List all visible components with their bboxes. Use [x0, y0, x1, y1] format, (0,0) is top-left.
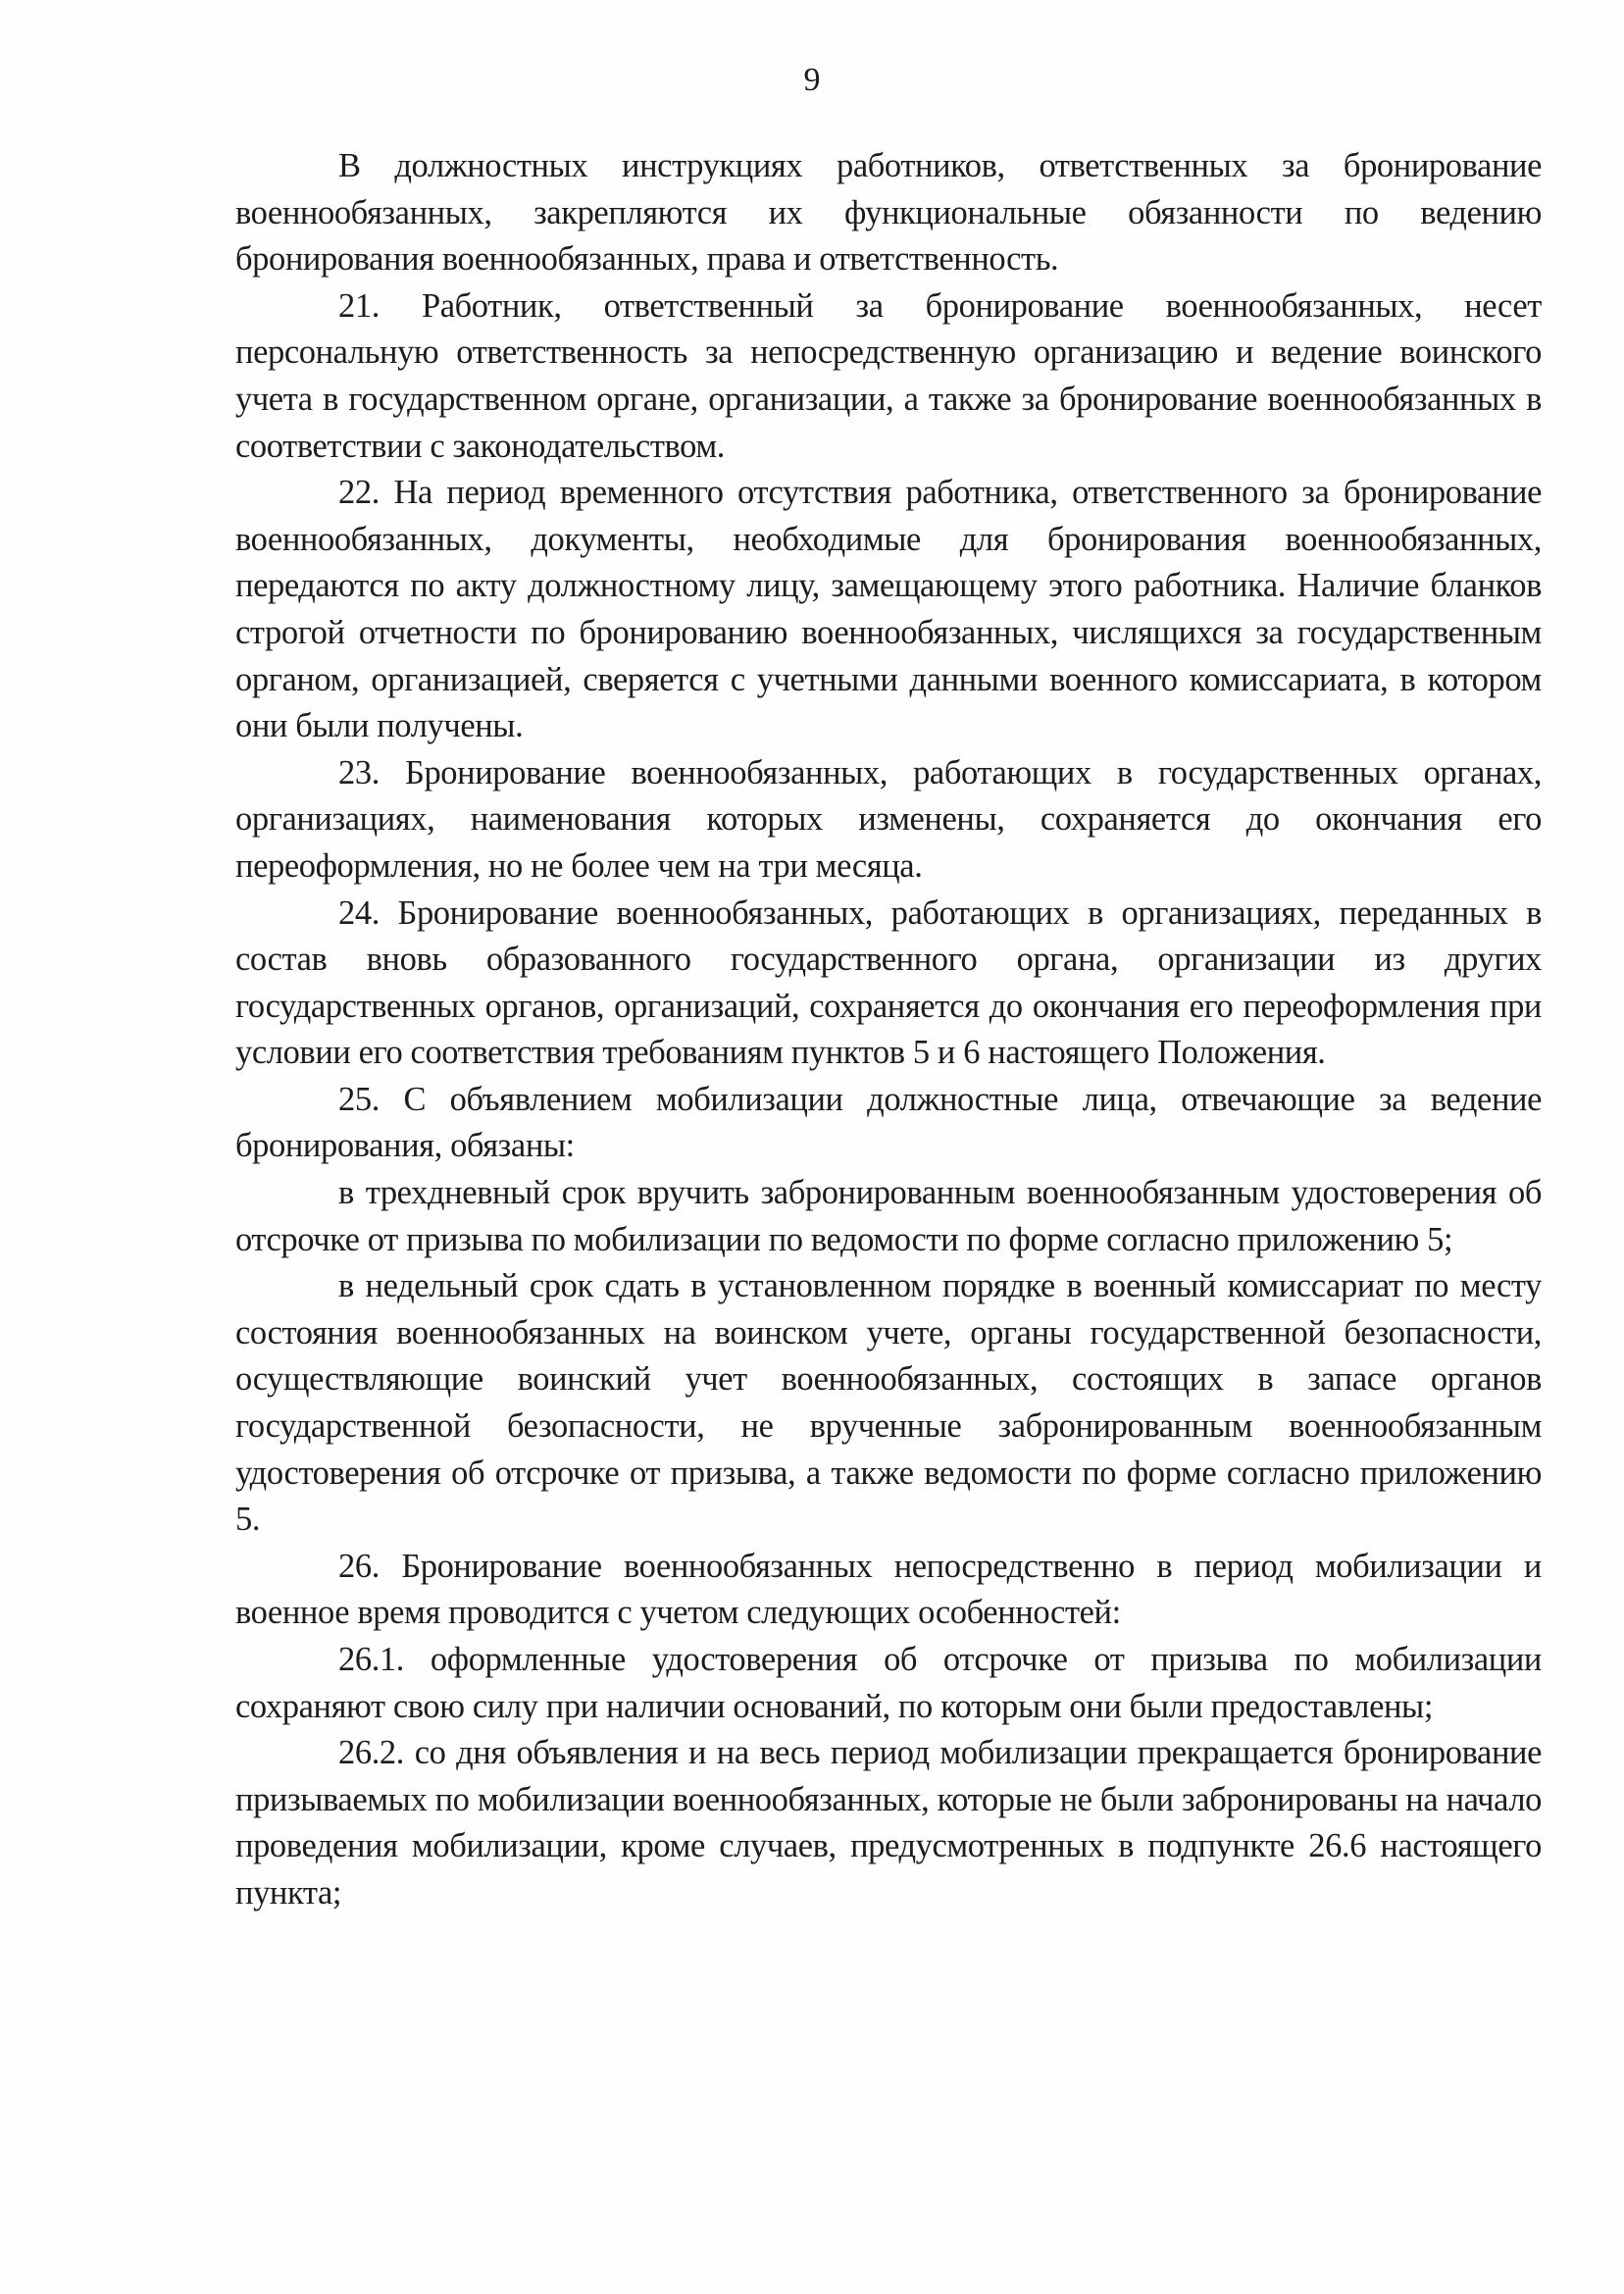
paragraph-number: 22. — [338, 474, 380, 511]
paragraph-text: со дня объявления и на весь период мобил… — [235, 1734, 1542, 1912]
paragraph-number: 26. — [338, 1548, 380, 1585]
paragraph-24: 24. Бронирование военнообязанных, работа… — [235, 891, 1542, 1077]
paragraph-number: 26.2. — [338, 1734, 404, 1771]
paragraph-23: 23. Бронирование военнообязанных, работа… — [235, 750, 1542, 891]
paragraph-22: 22. На период временного отсутствия рабо… — [235, 470, 1542, 750]
paragraph-25-item-a: в трехдневный срок вручить забронированн… — [235, 1170, 1542, 1263]
paragraph-26-2: 26.2. со дня объявления и на весь период… — [235, 1730, 1542, 1916]
paragraph-text: Бронирование военнообязанных, работающих… — [235, 894, 1542, 1072]
paragraph-text: Бронирование военнообязанных непосредств… — [235, 1548, 1542, 1632]
page-number: 9 — [0, 61, 1624, 100]
paragraph-number: 25. — [338, 1081, 380, 1118]
paragraph-number: 26.1. — [338, 1641, 404, 1678]
document-body: В должностных инструкциях работников, от… — [235, 143, 1542, 1917]
paragraph-text: С объявлением мобилизации должностные ли… — [235, 1081, 1542, 1165]
paragraph-text: На период временного отсутствия работник… — [235, 474, 1542, 744]
paragraph-text: в трехдневный срок вручить забронированн… — [235, 1174, 1542, 1258]
paragraph-number: 24. — [338, 894, 380, 932]
paragraph-26-1: 26.1. оформленные удостоверения об отсро… — [235, 1637, 1542, 1730]
paragraph-text: в недельный срок сдать в установленном п… — [235, 1267, 1542, 1538]
paragraph-intro: В должностных инструкциях работников, от… — [235, 143, 1542, 283]
paragraph-21: 21. Работник, ответственный за бронирова… — [235, 283, 1542, 470]
paragraph-text: Бронирование военнообязанных, работающих… — [235, 754, 1542, 885]
paragraph-text: Работник, ответственный за бронирование … — [235, 287, 1542, 465]
paragraph-25: 25. С объявлением мобилизации должностны… — [235, 1077, 1542, 1170]
paragraph-number: 23. — [338, 754, 380, 791]
paragraph-text: В должностных инструкциях работников, от… — [235, 147, 1542, 278]
paragraph-text: оформленные удостоверения об отсрочке от… — [235, 1641, 1542, 1725]
paragraph-25-item-b: в недельный срок сдать в установленном п… — [235, 1263, 1542, 1544]
paragraph-26: 26. Бронирование военнообязанных непосре… — [235, 1544, 1542, 1637]
document-page: 9 В должностных инструкциях работников, … — [0, 0, 1624, 2294]
paragraph-number: 21. — [338, 287, 380, 325]
